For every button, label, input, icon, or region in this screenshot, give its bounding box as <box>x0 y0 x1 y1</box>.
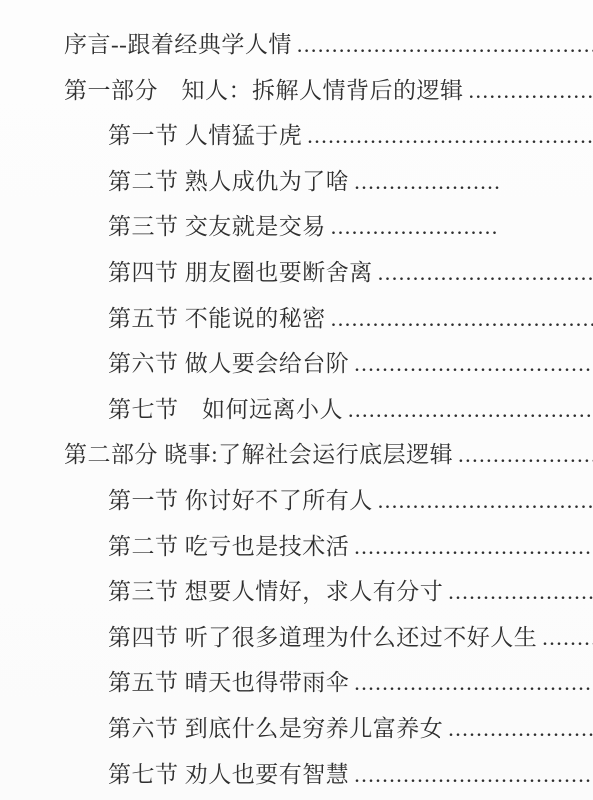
dot-leader: ........................................… <box>326 204 499 250</box>
dot-leader: ........................................… <box>373 478 593 524</box>
toc-entry-text: 第三节 想要人情好，求人有分寸 <box>108 569 443 615</box>
dot-leader: ........................................… <box>302 113 593 159</box>
toc-entry: 第五节 晴天也得带雨伞.............................… <box>0 660 593 706</box>
toc-entry: 序言--跟着经典学人情.............................… <box>0 22 593 68</box>
toc-entry: 第六节 到底什么是穷养儿富养女.........................… <box>0 706 593 752</box>
toc-entry-text: 第七节 劝人也要有智慧 <box>108 752 349 798</box>
dot-leader: ........................................… <box>349 660 593 706</box>
toc-entry: 第六节 做人要会给台阶.............................… <box>0 341 593 387</box>
toc-entry-text: 第五节 晴天也得带雨伞 <box>108 660 349 706</box>
toc-entry-text: 第四节 听了很多道理为什么还过不好人生 <box>108 615 537 661</box>
dot-leader: ........................................… <box>464 68 593 114</box>
dot-leader: ........................................… <box>292 22 593 68</box>
dot-leader: ........................................… <box>443 706 593 752</box>
toc-entry-text: 第五节 不能说的秘密 <box>108 296 326 342</box>
toc-entry-text: 第六节 做人要会给台阶 <box>108 341 349 387</box>
toc-entry-text: 第一节 你讨好不了所有人 <box>108 478 373 524</box>
toc-entry: 第三节 交友就是交易..............................… <box>0 204 593 250</box>
toc-entry-text: 第二节 吃亏也是技术活 <box>108 524 349 570</box>
toc-entry-text: 第七节 如何远离小人 <box>108 387 343 433</box>
dot-leader: ........................................… <box>349 341 593 387</box>
toc-entry: 第四节 朋友圈也要断舍离............................… <box>0 250 593 296</box>
toc-entry-text: 第二节 熟人成仇为了啥 <box>108 159 349 205</box>
toc-entry: 第一节 你讨好不了所有人............................… <box>0 478 593 524</box>
toc-entry: 第二部分 晓事:了解社会运行底层逻辑......................… <box>0 432 593 478</box>
toc-entry-text: 第一部分 知人：拆解人情背后的逻辑 <box>64 68 464 114</box>
toc-entry: 第二节 熟人成仇为了啥.............................… <box>0 159 593 205</box>
dot-leader: ........................................… <box>349 524 593 570</box>
dot-leader: ........................................… <box>326 296 593 342</box>
toc-entry-text: 第三节 交友就是交易 <box>108 204 326 250</box>
dot-leader: ........................................… <box>443 569 593 615</box>
dot-leader: ........................................… <box>373 250 593 296</box>
toc-entry-text: 第一节 人情猛于虎 <box>108 113 302 159</box>
toc-entry-text: 第六节 到底什么是穷养儿富养女 <box>108 706 443 752</box>
table-of-contents: 序言--跟着经典学人情.............................… <box>0 22 593 797</box>
toc-entry: 第二节 吃亏也是技术活.............................… <box>0 524 593 570</box>
toc-entry: 第七节 如何远离小人..............................… <box>0 387 593 433</box>
toc-entry: 第一节 人情猛于虎...............................… <box>0 113 593 159</box>
dot-leader: ........................................… <box>349 159 499 205</box>
toc-entry-text: 第四节 朋友圈也要断舍离 <box>108 250 373 296</box>
dot-leader: ........................................… <box>343 387 593 433</box>
toc-entry-text: 第二部分 晓事:了解社会运行底层逻辑 <box>64 432 453 478</box>
toc-page: 序言--跟着经典学人情.............................… <box>0 0 593 800</box>
dot-leader: ........................................… <box>349 752 593 798</box>
toc-entry-text: 序言--跟着经典学人情 <box>64 22 292 68</box>
toc-entry: 第三节 想要人情好，求人有分寸.........................… <box>0 569 593 615</box>
toc-entry: 第四节 听了很多道理为什么还过不好人生.....................… <box>0 615 593 661</box>
toc-entry: 第七节 劝人也要有智慧.............................… <box>0 752 593 798</box>
toc-entry: 第五节 不能说的秘密..............................… <box>0 296 593 342</box>
dot-leader: ........................................… <box>537 615 593 661</box>
toc-entry: 第一部分 知人：拆解人情背后的逻辑.......................… <box>0 68 593 114</box>
dot-leader: ........................................… <box>453 432 593 478</box>
